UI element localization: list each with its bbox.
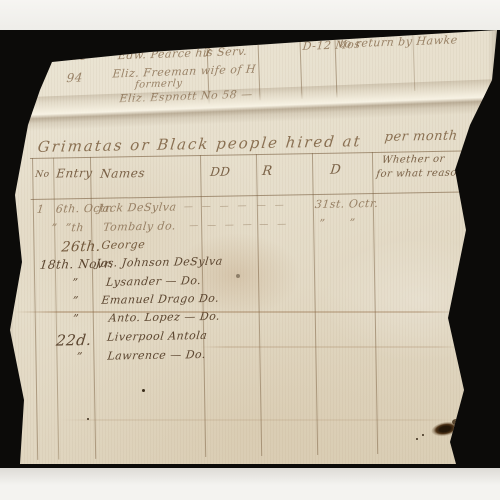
paper-speck: [142, 389, 145, 392]
row-name: Emanuel Drago Do.: [101, 292, 220, 307]
row-name: Liverpool Antola: [106, 329, 208, 344]
column-header-names: Names: [100, 166, 146, 181]
photo-mat-bottom: [0, 467, 500, 500]
paper-stain-dot: [236, 274, 240, 278]
column-header-d: D: [329, 163, 342, 178]
row-r-dashes: — —: [259, 219, 290, 230]
row-entry: ”: [71, 276, 78, 289]
row-entry: ”: [76, 350, 83, 363]
paper-speck: [87, 418, 89, 420]
row-entry: 26th.: [61, 239, 102, 256]
column-header-no: No: [35, 170, 50, 180]
row-entry: 22d.: [55, 331, 92, 350]
entry-name-line2: formerly: [134, 78, 182, 91]
row-dd-dashes: — — — —: [189, 220, 256, 231]
row-no: 1: [36, 203, 45, 216]
ledger-table-section: Grimatas or Black people hired at per mo…: [0, 122, 500, 466]
row-name: Jas. Johnson DeSylva: [95, 255, 223, 270]
crease-line: [60, 419, 460, 421]
row-entry: ” ”th: [51, 221, 85, 235]
paper-speck: [422, 434, 424, 436]
crease-line: [200, 346, 462, 348]
column-header-reason-line1: Whether or: [381, 154, 445, 166]
column-header-reason-line2: for what reason: [376, 167, 465, 180]
row-dd-dashes: — — — —: [183, 201, 250, 212]
row-r-dashes: — —: [256, 201, 287, 212]
crease-line: [14, 311, 464, 313]
row-name: Lysander — Do.: [105, 274, 202, 289]
row-d-ditto: ” ”: [318, 216, 356, 230]
entry-name-line1: Eliz. Freeman wife of H: [112, 62, 257, 80]
column-header-r: R: [261, 164, 273, 179]
column-header-entry: Entry: [56, 166, 94, 181]
row-name: Tombaly do.: [102, 219, 176, 233]
row-entry: ”: [72, 294, 79, 307]
row-entry: ”: [72, 312, 79, 325]
column-header-dd: DD: [209, 164, 231, 178]
entry-number: 94: [66, 70, 84, 85]
row-d-date: 31st. Octr.: [314, 197, 379, 211]
row-name: Jack DeSylva: [97, 200, 177, 214]
photo-mat-top: [0, 0, 500, 31]
paper-speck: [416, 438, 418, 440]
row-name: George: [101, 238, 146, 252]
photo-stage: ~~ ~~~ ~~ ~~~~ ~~~ 93 Edw. Pearce his Se…: [0, 0, 500, 500]
row-name: Lawrence — Do.: [107, 348, 207, 363]
ledger-paper: ~~ ~~~ ~~ ~~~~ ~~~ 93 Edw. Pearce his Se…: [0, 0, 500, 500]
page-title-right: per month: [384, 129, 459, 145]
